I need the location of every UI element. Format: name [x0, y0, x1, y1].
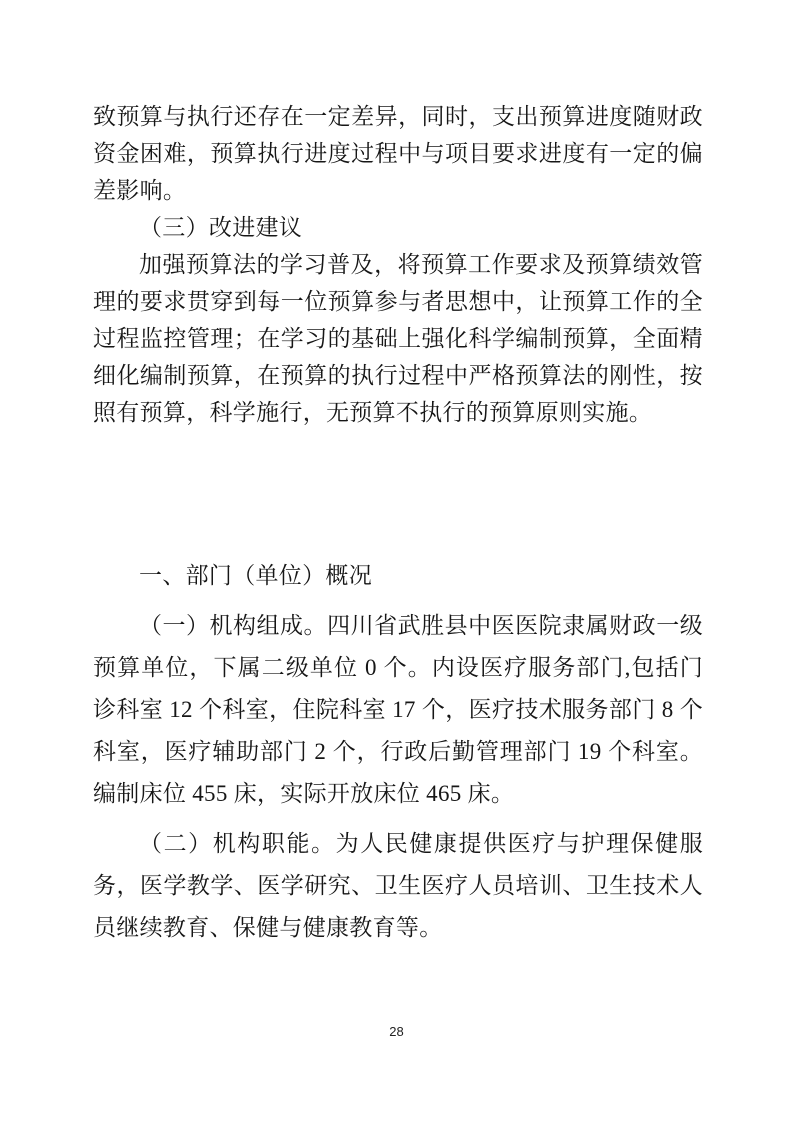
paragraph-org-function: （二）机构职能。为人民健康提供医疗与护理保健服务，医学教学、医学研究、卫生医疗人…	[93, 823, 703, 949]
paragraph-improve-suggestions: 加强预算法的学习普及，将预算工作要求及预算绩效管理的要求贯穿到每一位预算参与者思…	[93, 246, 703, 431]
section-improve-suggestions: 致预算与执行还存在一定差异，同时，支出预算进度随财政资金困难，预算执行进度过程中…	[93, 98, 703, 431]
page-number: 28	[0, 1024, 793, 1039]
paragraph-org-composition: （一）机构组成。四川省武胜县中医医院隶属财政一级预算单位，下属二级单位 0 个。…	[93, 605, 703, 815]
heading-improve-suggestions: （三）改进建议	[93, 209, 703, 246]
page-content: 致预算与执行还存在一定差异，同时，支出预算进度随财政资金困难，预算执行进度过程中…	[93, 98, 703, 949]
section-department-overview: 一、部门（单位）概况 （一）机构组成。四川省武胜县中医医院隶属财政一级预算单位，…	[93, 555, 703, 949]
document-page: { "document": { "paragraphs": { "carryov…	[0, 0, 793, 1122]
paragraph-carryover: 致预算与执行还存在一定差异，同时，支出预算进度随财政资金困难，预算执行进度过程中…	[93, 98, 703, 209]
heading-department-overview: 一、部门（单位）概况	[93, 555, 703, 597]
